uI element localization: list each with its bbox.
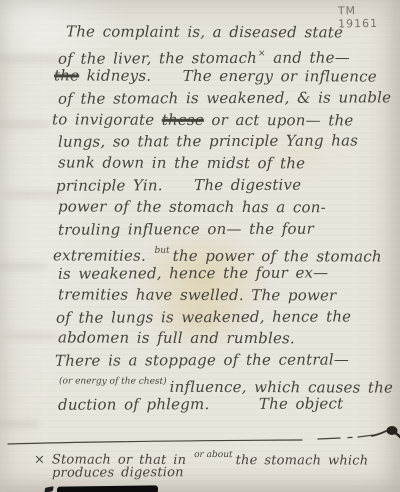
manuscript-line: There is a stoppage of the central— bbox=[55, 350, 394, 373]
text-segment: trouling influence on— the four bbox=[58, 220, 314, 239]
bleed-through-smudge bbox=[0, 420, 40, 428]
text-segment: duction of phlegm. bbox=[58, 395, 217, 414]
manuscript-line: trouling influence on— the four bbox=[58, 218, 394, 241]
text-segment: sunk down in the midst of the bbox=[58, 154, 305, 173]
text-segment: produces digestion bbox=[52, 465, 184, 481]
text-segment: of the lungs is weakened, hence the bbox=[56, 307, 351, 326]
manuscript-body: The complaint is, a diseased stateof the… bbox=[58, 22, 394, 416]
struck-out-text: the bbox=[54, 66, 79, 84]
scan-artifact-bar bbox=[57, 485, 158, 492]
text-segment: tremities have swelled. The power bbox=[58, 285, 337, 304]
text-segment: power of the stomach has a con- bbox=[58, 198, 326, 217]
text-segment: to invigorate bbox=[52, 110, 162, 128]
footnote-line: × Stomach or that in or aboutthe stomach… bbox=[34, 445, 386, 464]
manuscript-line: The complaint is, a diseased state bbox=[66, 21, 394, 44]
bleed-through-smudge bbox=[4, 332, 60, 340]
manuscript-line: power of the stomach has a con- bbox=[58, 197, 394, 220]
text-segment: and the— bbox=[266, 48, 350, 66]
manuscript-line: of the stomach is weakened, & is unable bbox=[58, 87, 394, 110]
manuscript-line: extremities. butthe power of the stomach bbox=[53, 240, 394, 263]
text-segment: lungs, so that the principle Yang has bbox=[58, 132, 358, 151]
manuscript-line: to invigorate these or act upon— the bbox=[52, 109, 394, 132]
manuscript-line: of the liver, the stomach× and the— bbox=[58, 43, 394, 66]
manuscript-line: the kidneys. The energy or influence bbox=[54, 65, 394, 88]
bleed-through-smudge bbox=[2, 190, 64, 199]
manuscript-line: lungs, so that the principle Yang has bbox=[58, 131, 394, 154]
interlinear-insertion: but bbox=[154, 246, 169, 256]
manuscript-line: (or energy of the chest)influence, which… bbox=[58, 372, 394, 395]
text-segment: extremities. bbox=[53, 246, 154, 264]
manuscript-line: abdomen is full and rumbles. bbox=[58, 328, 394, 351]
manuscript-line: duction of phlegm. The object bbox=[58, 393, 394, 416]
text-segment: abdomen is full and rumbles. bbox=[58, 329, 295, 348]
footnote-reference-mark: × bbox=[258, 49, 266, 59]
ink-blot bbox=[387, 426, 398, 435]
manuscript-line: principle Yin. The digestive bbox=[56, 174, 394, 197]
text-segment: of the stomach is weakened, & is unable bbox=[58, 88, 391, 107]
text-segment: principle Yin. bbox=[56, 176, 170, 194]
interlinear-insertion: (or energy of the chest) bbox=[59, 377, 167, 387]
manuscript-line: sunk down in the midst of the bbox=[58, 153, 394, 176]
struck-out-text: these bbox=[162, 110, 204, 128]
manuscript-page: TM 19161 The complaint is, a diseased st… bbox=[0, 0, 400, 492]
text-segment: The complaint is, a diseased state bbox=[66, 22, 343, 41]
manuscript-line: of the lungs is weakened, hence the bbox=[56, 306, 394, 329]
text-segment: The energy or influence bbox=[183, 67, 377, 86]
text-segment: The digestive bbox=[194, 176, 301, 194]
text-segment: is weakened, hence the four ex— bbox=[58, 263, 328, 282]
text-segment: The object bbox=[259, 395, 343, 413]
footnote-line: produces digestion bbox=[52, 463, 386, 482]
manuscript-line: tremities have swelled. The power bbox=[58, 284, 394, 307]
footnote: × Stomach or that in or aboutthe stomach… bbox=[26, 446, 386, 482]
bleed-through-smudge bbox=[0, 262, 48, 271]
text-segment: There is a stoppage of the central— bbox=[55, 351, 349, 370]
text-segment: kidneys. bbox=[79, 66, 159, 84]
manuscript-line: is weakened, hence the four ex— bbox=[58, 262, 394, 285]
bleed-through-smudge bbox=[0, 120, 52, 129]
interlinear-insertion: or about bbox=[194, 450, 233, 460]
text-segment: or act upon— the bbox=[204, 110, 354, 129]
scan-artifact-mark bbox=[44, 486, 53, 492]
